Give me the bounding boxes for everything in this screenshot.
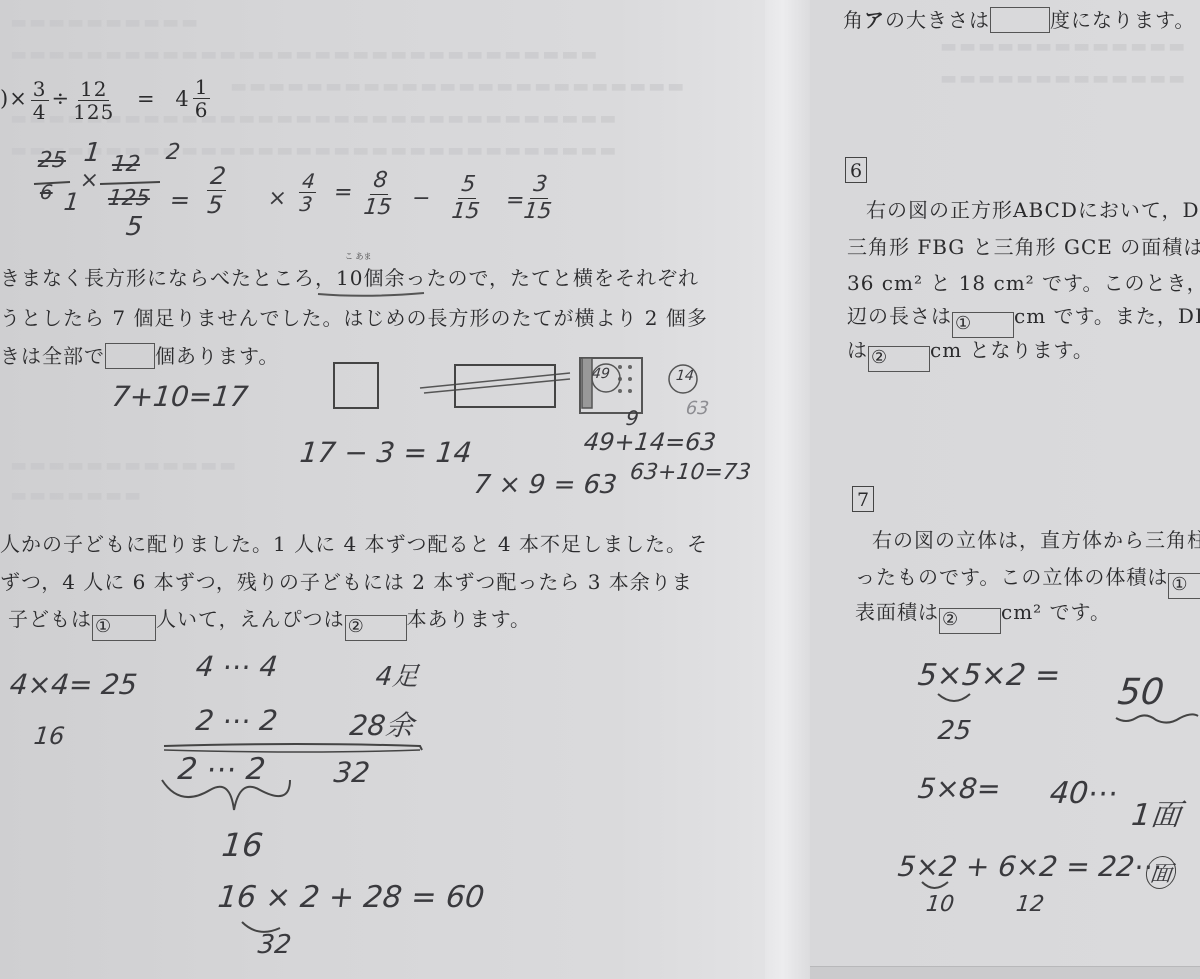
pencil-problem-line2: ずつ，4 人に 6 本ずつ，残りの子どもには 2 本ずつ配ったら 3 本余りま (0, 566, 693, 595)
bleed-through-text: ▬▬▬▬▬▬▬▬▬▬▬▬▬▬▬▬▬▬▬▬▬▬▬▬ (230, 76, 686, 97)
hw-row3-right: 32 (332, 756, 371, 789)
hw-40: 40⋯ (1048, 776, 1120, 811)
mixed-number-answer: 416 (175, 76, 213, 121)
page-gutter (765, 0, 810, 979)
hw-fraction-4-3: 43 (294, 170, 321, 215)
hw-5x8: 5×8= (916, 772, 1002, 805)
hw-times2: × (267, 186, 288, 211)
bleed-through-text: ▬▬▬▬▬▬▬▬▬▬▬▬ (10, 455, 238, 476)
hw-minus: − (411, 186, 432, 211)
answer-box-surface-area[interactable]: ② (939, 608, 1001, 634)
answer-box-angle[interactable] (990, 7, 1050, 33)
hw-fraction-bars (30, 176, 170, 196)
hw-16: 16 (33, 722, 66, 750)
hw-circled-14: 14 (675, 368, 695, 384)
answer-box-children[interactable]: ① (92, 615, 156, 641)
hw-25: 25 (936, 716, 972, 746)
pencil-problem-line1: 人かの子どもに配りました。1 人に 4 本ずつ配ると 4 本不足しました。そ (0, 528, 708, 557)
hw-underbraces-p7a (936, 690, 1200, 730)
hw-10: 10 (925, 892, 956, 917)
p7-line3: 表面積は②cm² です。 (855, 596, 1111, 634)
hw-row2-left: 2 ⋯ 2 (194, 704, 279, 737)
hw-63-plus-10: 63+10=73 (629, 460, 752, 485)
hw-struck-12: 12 (111, 152, 142, 177)
hw-cancel-5: 5 (124, 212, 144, 242)
hw-underline (316, 290, 426, 300)
bleed-through-text: ▬▬▬▬▬▬▬▬▬▬ (10, 12, 200, 33)
hw-row1-right: 4足 (374, 656, 420, 693)
hw-5x2-plus-6x2: 5×2 + 6×2 = 22⋯ (896, 850, 1164, 883)
hw-7-times-9: 7 × 9 = 63 (472, 470, 618, 500)
problem-number-7: 7 (852, 486, 874, 512)
p7-line1: 右の図の立体は，直方体から三角柱 (872, 524, 1200, 553)
hw-63-faint: 63 (685, 398, 710, 419)
hw-49-plus-14: 49+14=63 (583, 428, 718, 456)
hw-fraction-8-15: 815 (359, 168, 399, 221)
p6-line2: 三角形 FBG と三角形 GCE の面積はそ (847, 231, 1200, 260)
hw-circled-49: 49 (591, 366, 611, 382)
answer-box-df-length[interactable]: ② (868, 346, 930, 372)
hw-brace-16: 16 (220, 826, 265, 864)
hw-7-plus-10: 7+10=17 (110, 380, 249, 413)
hw-12: 12 (1015, 892, 1046, 917)
hw-9: 9 (625, 406, 640, 430)
equals-sign: = (137, 87, 156, 111)
pencil-problem-line3: 子どもは①人いて，えんぴつは②本あります。 (8, 603, 531, 641)
hw-cancel-1: 1 (82, 138, 102, 168)
bleed-through-text: ▬▬▬▬▬▬▬▬▬▬▬▬▬ (940, 68, 1187, 89)
rect-problem-line1: きまなく長方形にならべたところ，10個余ったので，たてと横をそれぞれ (0, 262, 699, 291)
bleed-through-text: ▬▬▬▬▬▬▬▬▬▬▬▬▬ (940, 36, 1187, 57)
answer-box-volume[interactable]: ① (1168, 573, 1200, 599)
answer-box-pencils[interactable]: ② (345, 615, 407, 641)
hw-row1-left: 4 ⋯ 4 (194, 650, 279, 683)
hw-rectangle-sketches (320, 355, 740, 420)
p6-line4: 辺の長さは①cm です。また，DF (847, 300, 1200, 338)
p6-line5: は②cm となります。 (847, 334, 1094, 372)
fraction-3-4: 34 (31, 78, 49, 123)
angle-question-line: 角アの大きさは度になります。 (843, 4, 1195, 33)
fraction-12-125: 12125 (73, 78, 114, 123)
hw-struck-25: 25 (37, 148, 68, 173)
hw-1-face: 1面 (1130, 790, 1184, 834)
hw-equals: = (169, 186, 192, 214)
hw-fraction-3-15: 315 (519, 172, 559, 225)
hw-equals2: = (333, 180, 354, 205)
p6-line3: 36 cm² と 18 cm² です。このとき，正 (847, 267, 1200, 296)
printed-equation: )×34÷12125 = 416 (0, 76, 213, 123)
hw-32: 32 (256, 930, 292, 960)
furigana: こ あま (345, 251, 372, 262)
divide-sign: ÷ (52, 87, 71, 111)
answer-box-total[interactable] (105, 343, 155, 369)
p7-line2: ったものです。この立体の体積は① (855, 561, 1200, 599)
rect-problem-line2: うとしたら 7 個足りませんでした。はじめの長方形のたてが横より 2 個多 (0, 302, 708, 331)
page-bottom-edge (810, 966, 1200, 979)
bleed-through-text: ▬▬▬▬▬▬▬▬▬▬▬▬▬▬▬▬▬▬▬▬▬▬▬▬▬▬▬▬▬▬▬ (10, 44, 599, 65)
hw-final-calc: 16 × 2 + 28 = 60 (216, 880, 486, 915)
rect-problem-line3: きは全部で個あります。 (0, 340, 279, 369)
problem-number-6: 6 (845, 157, 867, 183)
hw-row2-right: 28余 (348, 704, 416, 744)
hw-17-minus-3: 17 − 3 = 14 (298, 436, 473, 469)
hw-4x4-25: 4×4= 25 (8, 668, 139, 701)
hw-cancel-2: 2 (165, 140, 182, 165)
hw-fraction-5-15: 515 (447, 172, 487, 225)
equation-prefix: )× (0, 87, 28, 111)
p6-line1: 右の図の正方形ABCDにおいて，DE (866, 194, 1200, 223)
hw-row3-left: 2 ⋯ 2 (176, 752, 267, 787)
bleed-through-text: ▬▬▬▬▬▬▬ (10, 485, 143, 506)
hw-5x5x2: 5×5×2 = (916, 658, 1062, 693)
